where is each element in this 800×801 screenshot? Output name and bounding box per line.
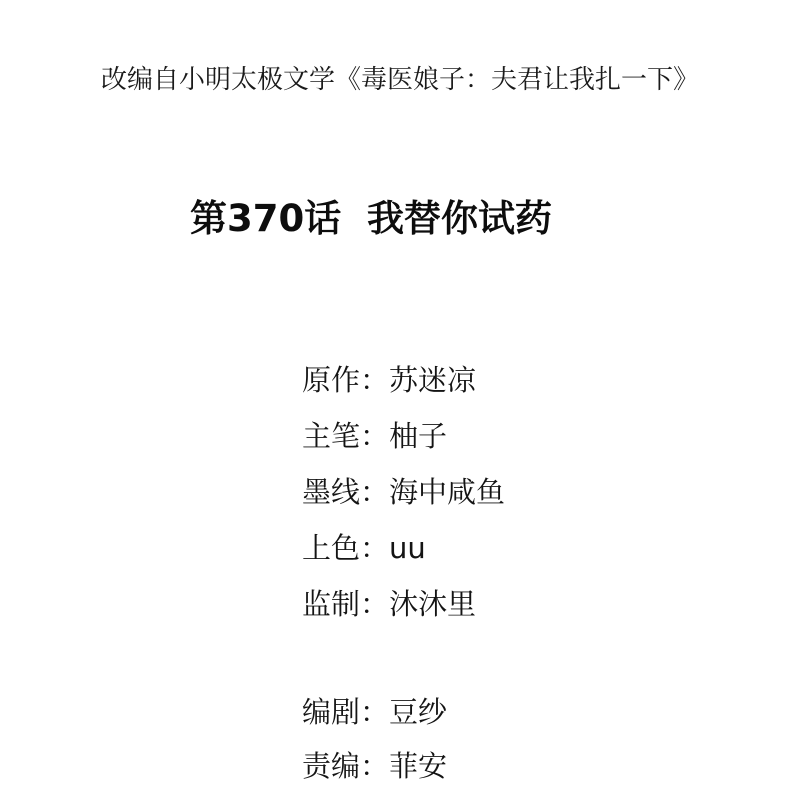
credit-name: 菲安 (389, 744, 447, 788)
credit-role: 墨线 (302, 470, 360, 514)
credit-role: 原作 (302, 358, 360, 402)
credit-row-original-author: 原作：苏迷凉 (302, 358, 476, 402)
credit-name: uu (389, 526, 426, 570)
credit-name: 沐沐里 (389, 582, 476, 626)
credit-row-coloring: 上色：uu (302, 526, 426, 570)
credit-separator: ： (360, 690, 389, 734)
credit-separator: ： (360, 414, 389, 458)
credit-name: 苏迷凉 (389, 358, 476, 402)
chapter-title: 第370话 我替你试药 (190, 194, 552, 244)
credit-role: 编剧 (302, 690, 360, 734)
credit-row-editor: 责编：菲安 (302, 744, 447, 788)
credit-row-line-art: 墨线：海中咸鱼 (302, 470, 505, 514)
credit-role: 责编 (302, 744, 360, 788)
credit-name: 柚子 (389, 414, 447, 458)
credit-role: 主笔 (302, 414, 360, 458)
source-attribution: 改编自小明太极文学《毒医娘子：夫君让我扎一下》 (0, 62, 800, 98)
credit-name: 豆纱 (389, 690, 447, 734)
credit-separator: ： (360, 470, 389, 514)
credit-row-lead-artist: 主笔：柚子 (302, 414, 447, 458)
credit-row-supervisor: 监制：沐沐里 (302, 582, 476, 626)
credit-separator: ： (360, 744, 389, 788)
credit-role: 监制 (302, 582, 360, 626)
credit-separator: ： (360, 358, 389, 402)
credit-role: 上色 (302, 526, 360, 570)
credit-separator: ： (360, 526, 389, 570)
credit-name: 海中咸鱼 (389, 470, 505, 514)
credit-row-screenwriter: 编剧：豆纱 (302, 690, 447, 734)
credit-separator: ： (360, 582, 389, 626)
